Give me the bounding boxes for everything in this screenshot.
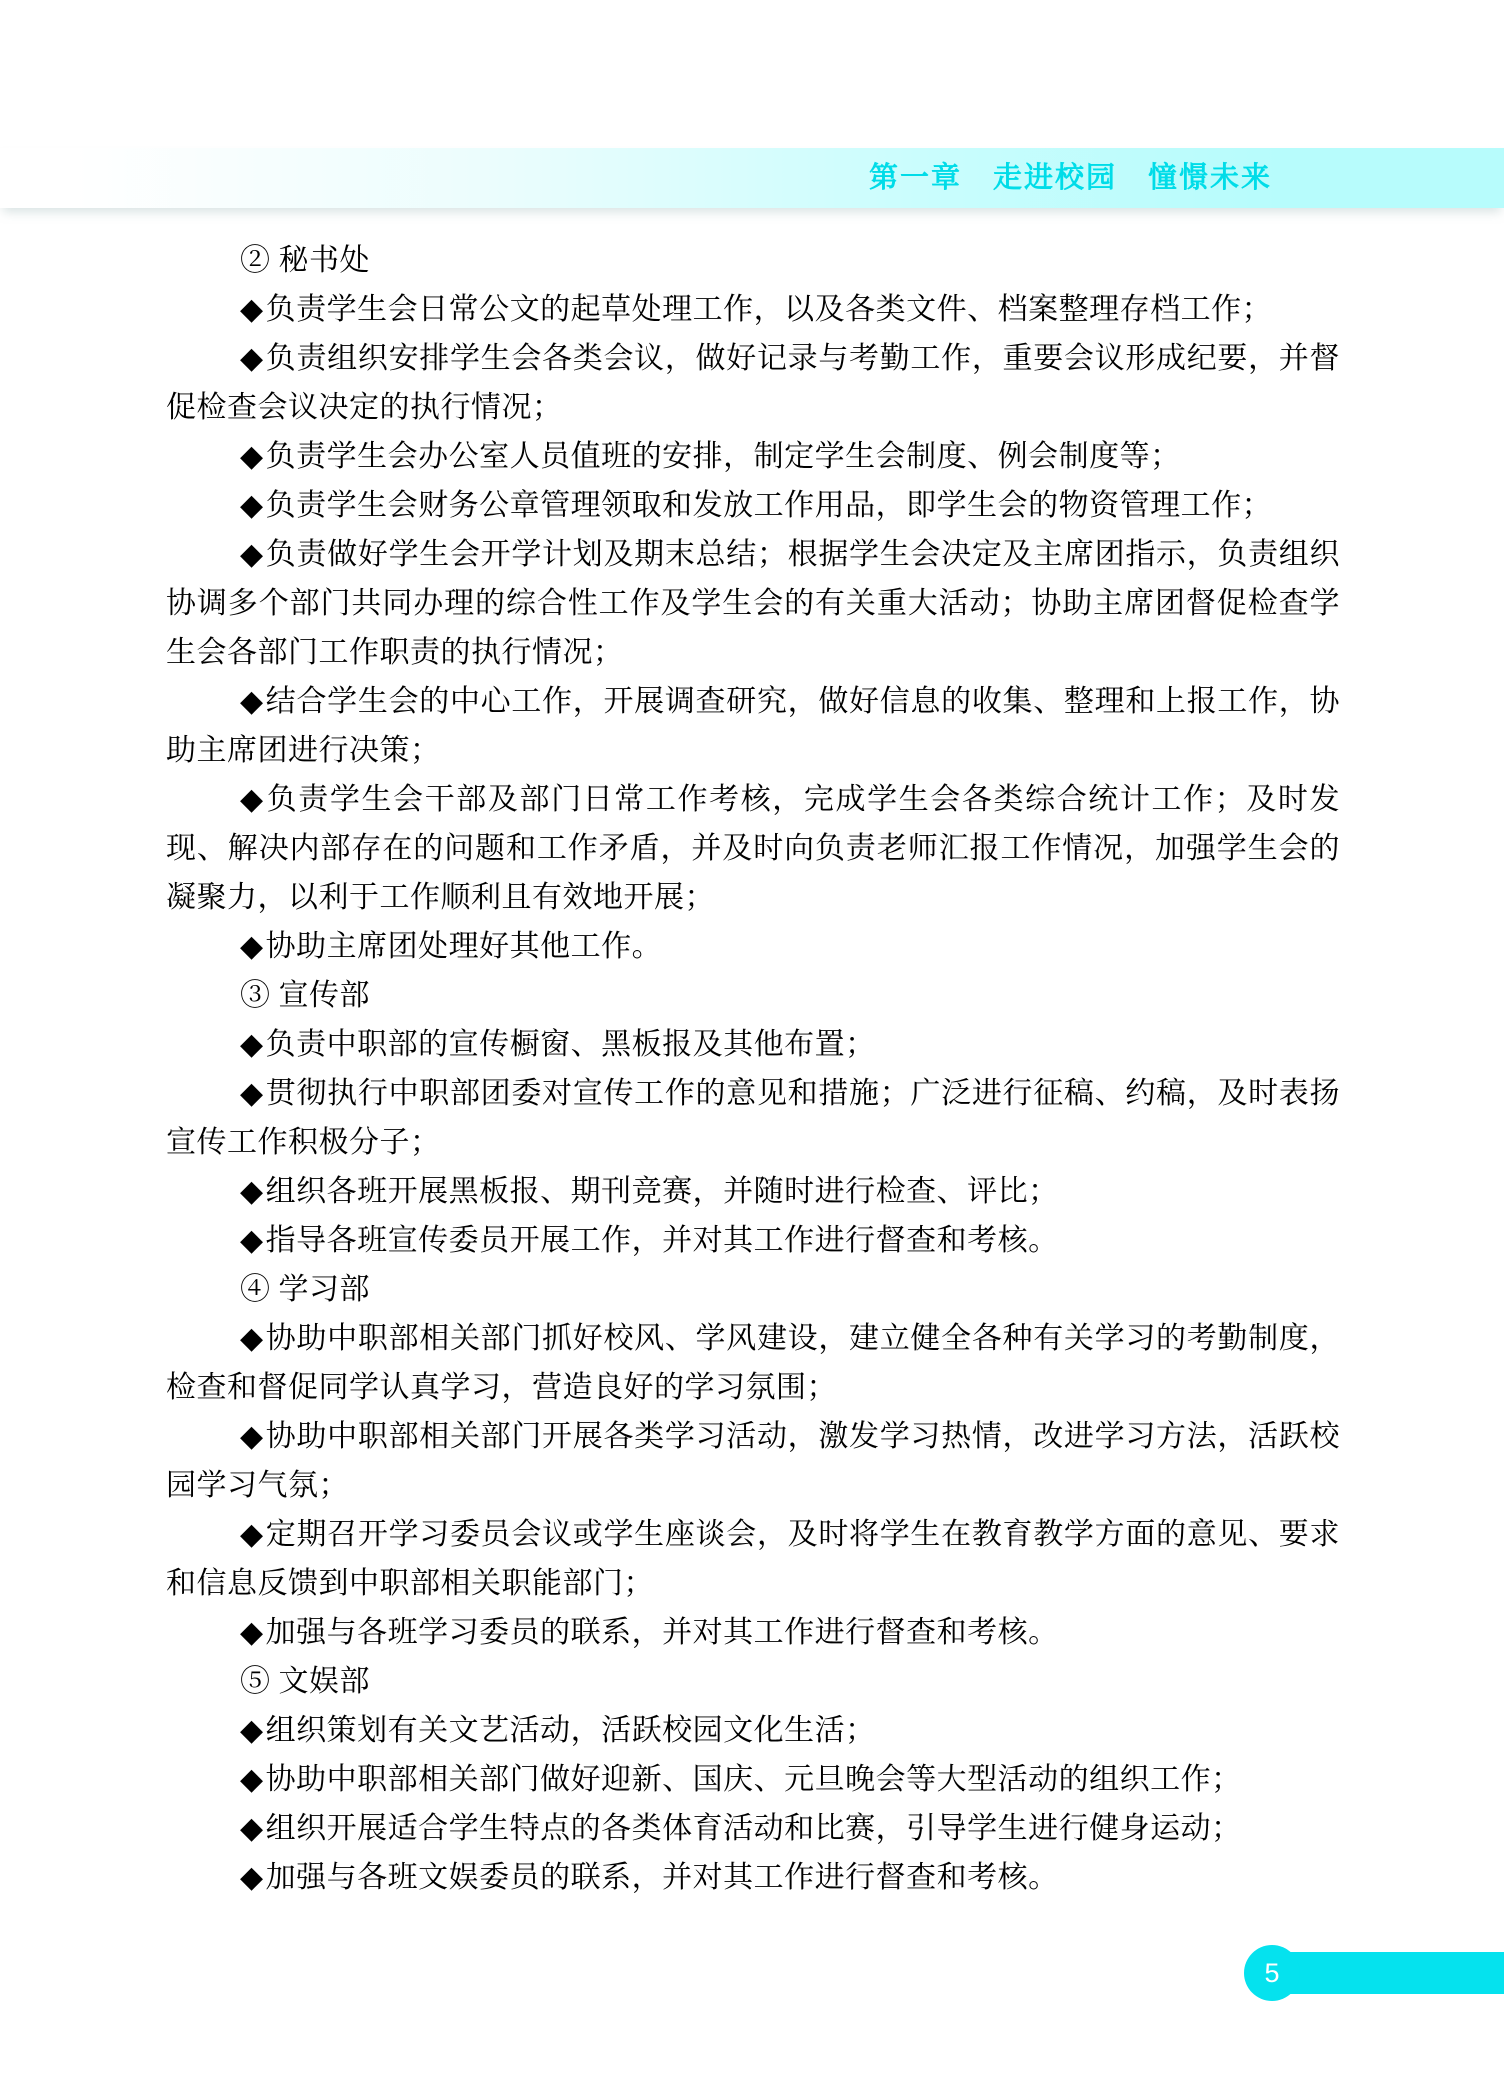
- list-item: ◆加强与各班学习委员的联系，并对其工作进行督查和考核。: [166, 1608, 1340, 1657]
- list-item: ◆负责中职部的宣传橱窗、黑板报及其他布置；: [166, 1020, 1340, 1069]
- diamond-bullet-icon: ◆: [240, 439, 264, 474]
- list-item-text: 负责学生会办公室人员值班的安排，制定学生会制度、例会制度等；: [266, 440, 1181, 473]
- list-item: ◆组织策划有关文艺活动，活跃校园文化生活；: [166, 1706, 1340, 1755]
- list-item-text: 协助中职部相关部门抓好校风、学风建设，建立健全各种有关学习的考勤制度，检查和督促…: [166, 1322, 1340, 1404]
- diamond-bullet-icon: ◆: [240, 1762, 264, 1797]
- chapter-header-band: 第一章 走进校园 憧憬未来: [0, 148, 1504, 208]
- list-item-text: 负责学生会日常公文的起草处理工作，以及各类文件、档案整理存档工作；: [266, 293, 1273, 326]
- list-item: ◆加强与各班文娱委员的联系，并对其工作进行督查和考核。: [166, 1853, 1340, 1902]
- diamond-bullet-icon: ◆: [240, 341, 264, 376]
- diamond-bullet-icon: ◆: [240, 684, 264, 719]
- diamond-bullet-icon: ◆: [240, 488, 264, 523]
- diamond-bullet-icon: ◆: [240, 1517, 264, 1552]
- list-item: ◆负责学生会日常公文的起草处理工作，以及各类文件、档案整理存档工作；: [166, 285, 1340, 334]
- list-item: ◆负责做好学生会开学计划及期末总结；根据学生会决定及主席团指示，负责组织协调多个…: [166, 530, 1340, 677]
- list-item-text: 加强与各班文娱委员的联系，并对其工作进行督查和考核。: [266, 1861, 1059, 1894]
- list-item: ◆协助主席团处理好其他工作。: [166, 922, 1340, 971]
- list-item-text: 定期召开学习委员会议或学生座谈会，及时将学生在教育教学方面的意见、要求和信息反馈…: [166, 1518, 1340, 1600]
- list-item-text: 结合学生会的中心工作，开展调查研究，做好信息的收集、整理和上报工作，协助主席团进…: [166, 685, 1340, 767]
- list-item: ◆协助中职部相关部门抓好校风、学风建设，建立健全各种有关学习的考勤制度，检查和督…: [166, 1314, 1340, 1412]
- list-item: ◆负责学生会干部及部门日常工作考核，完成学生会各类综合统计工作；及时发现、解决内…: [166, 775, 1340, 922]
- list-item: ◆定期召开学习委员会议或学生座谈会，及时将学生在教育教学方面的意见、要求和信息反…: [166, 1510, 1340, 1608]
- list-item-text: 协助中职部相关部门开展各类学习活动，激发学习热情，改进学习方法，活跃校园学习气氛…: [166, 1420, 1340, 1502]
- list-item-text: 负责做好学生会开学计划及期末总结；根据学生会决定及主席团指示，负责组织协调多个部…: [166, 538, 1340, 669]
- list-item-text: 组织各班开展黑板报、期刊竞赛，并随时进行检查、评比；: [266, 1175, 1059, 1208]
- page-number-badge: 5: [1244, 1945, 1300, 2001]
- diamond-bullet-icon: ◆: [240, 1811, 264, 1846]
- list-item: ◆负责学生会财务公章管理领取和发放工作用品，即学生会的物资管理工作；: [166, 481, 1340, 530]
- list-item: ◆结合学生会的中心工作，开展调查研究，做好信息的收集、整理和上报工作，协助主席团…: [166, 677, 1340, 775]
- list-item: ◆负责学生会办公室人员值班的安排，制定学生会制度、例会制度等；: [166, 432, 1340, 481]
- list-item-text: 负责学生会财务公章管理领取和发放工作用品，即学生会的物资管理工作；: [266, 489, 1273, 522]
- diamond-bullet-icon: ◆: [240, 929, 264, 964]
- list-item: ◆组织各班开展黑板报、期刊竞赛，并随时进行检查、评比；: [166, 1167, 1340, 1216]
- diamond-bullet-icon: ◆: [240, 1223, 264, 1258]
- diamond-bullet-icon: ◆: [240, 782, 265, 817]
- diamond-bullet-icon: ◆: [240, 292, 264, 327]
- diamond-bullet-icon: ◆: [240, 1860, 264, 1895]
- list-item: ◆贯彻执行中职部团委对宣传工作的意见和措施；广泛进行征稿、约稿，及时表扬宣传工作…: [166, 1069, 1340, 1167]
- document-page: 第一章 走进校园 憧憬未来 ② 秘书处 ◆负责学生会日常公文的起草处理工作，以及…: [0, 0, 1504, 2095]
- list-item-text: 贯彻执行中职部团委对宣传工作的意见和措施；广泛进行征稿、约稿，及时表扬宣传工作积…: [166, 1077, 1340, 1159]
- list-item: ◆组织开展适合学生特点的各类体育活动和比赛，引导学生进行健身运动；: [166, 1804, 1340, 1853]
- list-item-text: 组织开展适合学生特点的各类体育活动和比赛，引导学生进行健身运动；: [266, 1812, 1242, 1845]
- section-heading: ② 秘书处: [166, 236, 1340, 285]
- list-item-text: 组织策划有关文艺活动，活跃校园文化生活；: [266, 1714, 876, 1747]
- list-item: ◆协助中职部相关部门做好迎新、国庆、元旦晚会等大型活动的组织工作；: [166, 1755, 1340, 1804]
- list-item-text: 负责学生会干部及部门日常工作考核，完成学生会各类综合统计工作；及时发现、解决内部…: [166, 783, 1340, 914]
- section-heading: ③ 宣传部: [166, 971, 1340, 1020]
- diamond-bullet-icon: ◆: [240, 1615, 264, 1650]
- list-item-text: 加强与各班学习委员的联系，并对其工作进行督查和考核。: [266, 1616, 1059, 1649]
- page-number-tab-bar: [1271, 1952, 1504, 1994]
- diamond-bullet-icon: ◆: [240, 537, 264, 572]
- chapter-title: 第一章 走进校园 憧憬未来: [869, 148, 1272, 208]
- list-item-text: 协助主席团处理好其他工作。: [266, 930, 663, 963]
- section-heading: ⑤ 文娱部: [166, 1657, 1340, 1706]
- section-heading: ④ 学习部: [166, 1265, 1340, 1314]
- list-item: ◆协助中职部相关部门开展各类学习活动，激发学习热情，改进学习方法，活跃校园学习气…: [166, 1412, 1340, 1510]
- list-item: ◆负责组织安排学生会各类会议，做好记录与考勤工作，重要会议形成纪要，并督促检查会…: [166, 334, 1340, 432]
- list-item-text: 协助中职部相关部门做好迎新、国庆、元旦晚会等大型活动的组织工作；: [266, 1763, 1242, 1796]
- diamond-bullet-icon: ◆: [240, 1027, 264, 1062]
- diamond-bullet-icon: ◆: [240, 1076, 264, 1111]
- diamond-bullet-icon: ◆: [240, 1419, 264, 1454]
- list-item: ◆指导各班宣传委员开展工作，并对其工作进行督查和考核。: [166, 1216, 1340, 1265]
- list-item-text: 指导各班宣传委员开展工作，并对其工作进行督查和考核。: [266, 1224, 1059, 1257]
- list-item-text: 负责组织安排学生会各类会议，做好记录与考勤工作，重要会议形成纪要，并督促检查会议…: [166, 342, 1340, 424]
- diamond-bullet-icon: ◆: [240, 1321, 264, 1356]
- page-number: 5: [1264, 1958, 1279, 1989]
- body-text: ② 秘书处 ◆负责学生会日常公文的起草处理工作，以及各类文件、档案整理存档工作；…: [166, 236, 1340, 1902]
- diamond-bullet-icon: ◆: [240, 1174, 264, 1209]
- list-item-text: 负责中职部的宣传橱窗、黑板报及其他布置；: [266, 1028, 876, 1061]
- diamond-bullet-icon: ◆: [240, 1713, 264, 1748]
